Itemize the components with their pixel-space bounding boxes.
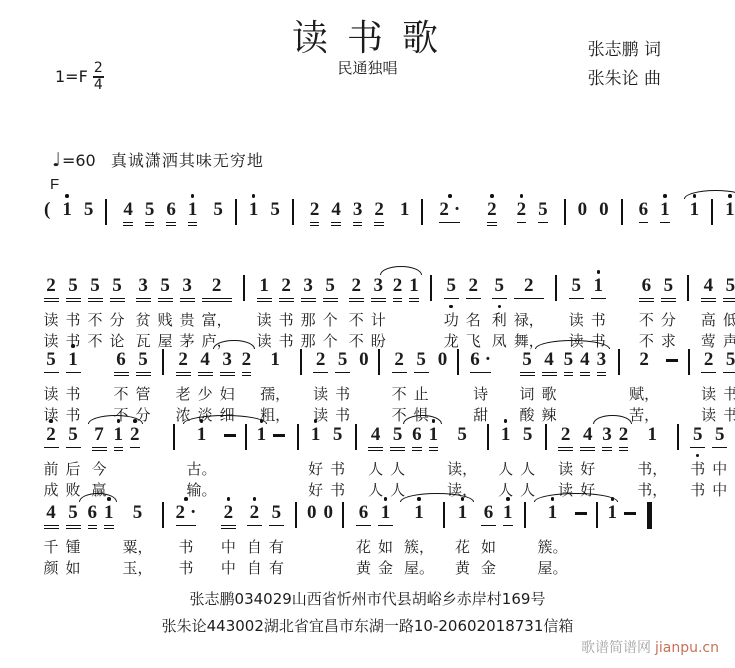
note: 5粟，玉， — [120, 495, 155, 579]
note-group: 2自自5有有 — [243, 495, 287, 579]
note: 1 — [407, 268, 422, 352]
note-digit: 4 — [331, 200, 341, 220]
barline — [443, 502, 445, 528]
lyric-verse1: 千 — [44, 537, 59, 558]
note: 1 — [254, 417, 269, 501]
note: 1书书 — [588, 268, 608, 352]
note: 3妇细 — [217, 342, 237, 426]
beam-underline — [701, 298, 716, 300]
lyric-verse1: 书 — [723, 384, 735, 405]
beam-underline — [487, 222, 497, 224]
note-digit: 1 — [725, 200, 735, 220]
note-digit: 1 — [257, 276, 272, 296]
lyric-verse1: 粟， — [123, 537, 153, 558]
note-digit: 5 — [330, 425, 345, 445]
lyric-verse1: 古。 — [187, 459, 217, 480]
lyric-verse1 — [575, 537, 587, 558]
lyric-verse1: 不 — [392, 384, 407, 405]
lyric-verse2: 中 — [712, 480, 727, 501]
lyric-verse1 — [597, 384, 607, 405]
note-digit: 2 — [466, 276, 481, 296]
note-group: 2432 — [304, 192, 390, 234]
lyric-verse1 — [88, 537, 98, 558]
note: 2书书 — [276, 268, 296, 352]
beam-underline — [503, 525, 513, 527]
lyric-verse2: 黄 — [455, 558, 470, 579]
barline — [677, 424, 679, 450]
beam-underline — [188, 222, 198, 224]
note-digit: 1 — [538, 503, 568, 523]
note-digit: 5 — [390, 425, 405, 445]
note-digit: 1 — [188, 200, 198, 220]
note: 1 — [183, 192, 203, 234]
note: 3计盼 — [368, 268, 388, 352]
lyric-verse1: 人 — [520, 459, 535, 480]
note-digit — [224, 425, 236, 445]
lyric-verse1 — [412, 459, 422, 480]
lyric-verse1 — [114, 459, 124, 480]
note-digit: 2· — [439, 200, 460, 220]
lyric-verse1: 不 — [88, 310, 103, 331]
beam-underline — [331, 222, 341, 224]
beam-underline — [602, 447, 612, 449]
beam-underline — [492, 298, 507, 300]
note: 4歌辣 — [539, 342, 559, 426]
lyric-verse1: 后 — [66, 459, 81, 480]
note: 2自自 — [244, 495, 264, 579]
beam-underline — [136, 298, 151, 300]
note: 5人人 — [388, 417, 408, 501]
beam-underline — [444, 298, 459, 300]
notation-line-4: 2前成5后败7今赢121古。输。11好好5书书4人人5人人615读，读，1人人5… — [38, 417, 735, 501]
barline — [105, 199, 107, 225]
lyric-verse1: 读 — [44, 310, 59, 331]
lyric-verse1: 歌 — [542, 384, 557, 405]
barline — [430, 275, 432, 301]
lyric-verse1: 书 — [335, 384, 350, 405]
note-digit: 5 — [447, 425, 477, 445]
note-digit: 5 — [323, 276, 338, 296]
beam-underline — [104, 525, 114, 527]
note: 4人人 — [366, 417, 386, 501]
beam-underline — [136, 372, 151, 374]
beam-underline — [564, 372, 574, 374]
beam-underline — [723, 372, 735, 374]
note: 6不不 — [636, 268, 656, 352]
note: 1书书 — [63, 342, 83, 426]
beam-underline — [145, 222, 155, 224]
barline — [687, 275, 689, 301]
note-group: 2读读4好好32 — [555, 417, 632, 501]
beam-underline — [690, 447, 705, 449]
lyric-verse2: 屋。 — [538, 558, 568, 579]
note: 5 — [208, 192, 228, 234]
barline — [618, 349, 620, 375]
note: 3贫瓦 — [133, 268, 153, 352]
beam-underline — [517, 222, 527, 224]
lyric-verse1: 读 — [313, 384, 328, 405]
barline — [596, 502, 598, 528]
note-digit: 3 — [597, 350, 607, 370]
note-digit: 4 — [44, 503, 59, 523]
note: 5不不 — [85, 268, 105, 352]
note-group: 4561 — [117, 192, 203, 234]
note-digit: 5 — [414, 350, 429, 370]
note-digit: 3 — [180, 276, 195, 296]
lyric-verse1: 贱 — [158, 310, 173, 331]
lyric-verse1 — [580, 384, 590, 405]
beam-underline — [92, 447, 107, 449]
note-group: 11 — [684, 192, 735, 234]
lyric-verse1: 贵 — [180, 310, 195, 331]
note-digit: 2 — [619, 425, 629, 445]
note-digit: 2 — [44, 276, 59, 296]
lyric-verse1: 书 — [176, 537, 197, 558]
note-digit: 1 — [104, 503, 114, 523]
note-digit: 1 — [308, 425, 323, 445]
note-digit: 5 — [564, 350, 574, 370]
lyric-verse2: 屋。 — [404, 558, 434, 579]
octave-dot — [65, 194, 69, 198]
beam-underline — [723, 298, 735, 300]
lyric-verse1 — [273, 459, 285, 480]
barline — [300, 349, 302, 375]
octave-dot — [449, 305, 453, 309]
note: 3 — [594, 342, 609, 426]
lyric-verse1 — [608, 537, 618, 558]
beam-underline — [220, 372, 235, 374]
beam-underline — [114, 447, 124, 449]
note-digit: 1 — [404, 503, 434, 523]
beam-underline — [374, 222, 384, 224]
octave-dot — [597, 270, 601, 274]
lyric-verse1 — [409, 310, 419, 331]
lyric-verse1: 妇 — [220, 384, 235, 405]
note-group: 25 — [511, 192, 554, 234]
lyric-verse1: 如 — [481, 537, 496, 558]
beam-underline — [580, 372, 590, 374]
note-group: 6不不5分求 — [635, 268, 679, 352]
lyric-verse1: 利 — [492, 310, 507, 331]
beam-underline — [44, 298, 59, 300]
lyric-verse1: 不 — [639, 310, 654, 331]
note: 6花黄 — [353, 495, 373, 579]
octave-dot — [384, 497, 388, 501]
note-digit: ( — [44, 200, 50, 220]
note: 2·书书 — [173, 495, 216, 579]
note-digit: 1 — [187, 425, 217, 445]
note-digit: 2 — [517, 200, 527, 220]
lyric-verse1: 有 — [269, 537, 284, 558]
beam-underline — [439, 222, 460, 224]
note-digit: 5 — [84, 200, 94, 220]
note-digit: 2 — [202, 276, 232, 296]
beam-underline — [176, 372, 191, 374]
note-digit: 5 — [538, 200, 548, 220]
rest-note: 0 — [573, 192, 593, 234]
beam-underline — [242, 372, 252, 374]
beam-underline — [660, 222, 670, 224]
note-digit: 3 — [220, 350, 235, 370]
lyric-verse1 — [624, 537, 636, 558]
lyric-verse1: 簇。 — [538, 537, 568, 558]
notation-area: F(154561515243212·225006111)2读读5书书5不不5分论… — [0, 0, 735, 668]
beam-underline — [661, 298, 676, 300]
octave-dot — [227, 497, 231, 501]
note: 2名飞 — [463, 268, 483, 352]
note-digit: 2 — [629, 350, 659, 370]
lyric-verse1: 词 — [520, 384, 535, 405]
beam-underline — [114, 372, 129, 374]
note: 5中中 — [710, 417, 730, 501]
note-digit: 1 — [455, 503, 470, 523]
note-digit: 5 — [88, 276, 103, 296]
note: 2 — [128, 417, 143, 501]
beam-underline — [66, 372, 81, 374]
beam-underline — [166, 222, 176, 224]
octave-dot — [252, 194, 256, 198]
note: 5 — [265, 192, 285, 234]
note: 2禄，舞， — [511, 268, 546, 352]
lyric-verse1: 名 — [466, 310, 481, 331]
lyric-verse1: 书 — [279, 310, 294, 331]
note-digit: 2 — [310, 200, 320, 220]
note: 4 — [326, 192, 346, 234]
phrase-paren: ( — [39, 192, 55, 234]
note: 1 — [605, 495, 620, 579]
note: 5 — [79, 192, 99, 234]
note: 5词酸 — [517, 342, 537, 426]
beam-underline — [301, 298, 316, 300]
note-group: 6·诗甜 — [467, 342, 512, 426]
lyric-verse1: 不 — [114, 384, 129, 405]
beam-underline — [310, 222, 320, 224]
octave-dot — [71, 344, 75, 348]
note: 1 — [501, 495, 516, 579]
note: 5书书 — [333, 342, 353, 426]
lyric-verse1: 计 — [371, 310, 386, 331]
note: 1古。输。 — [184, 417, 219, 501]
beam-underline — [538, 222, 548, 224]
note-digit — [575, 503, 587, 523]
note: 5书书 — [688, 417, 708, 501]
octave-dot — [314, 419, 318, 423]
lyric-verse1: 簇， — [404, 537, 434, 558]
beam-underline — [392, 372, 407, 374]
lyric-verse1: 书 — [591, 310, 606, 331]
note-digit: 4 — [580, 425, 595, 445]
note-digit: 4 — [580, 350, 590, 370]
note: 1 — [426, 417, 441, 501]
beam-underline — [639, 298, 654, 300]
note: 7今赢 — [89, 417, 109, 501]
note: 5后败 — [63, 417, 83, 501]
beam-underline — [66, 525, 81, 527]
beam-underline — [701, 372, 716, 374]
note-digit: 5 — [520, 350, 535, 370]
note-digit: 1 — [378, 503, 393, 523]
notation-line-5: 4千颜5锺如615粟，玉，2·书书2中中2自自5有有006花黄1如金1簇，屋。1… — [38, 495, 657, 579]
note-digit: 5 — [520, 425, 535, 445]
watermark-site-name: 歌谱简谱网 — [581, 640, 651, 656]
lyric-verse1: 花 — [455, 537, 470, 558]
barline — [711, 199, 713, 225]
note: 1簇。屋。 — [535, 495, 570, 579]
note-digit: 1 — [66, 350, 81, 370]
note-digit: 5 — [158, 276, 173, 296]
note: 2 — [369, 192, 389, 234]
note-digit: 3 — [136, 276, 151, 296]
octave-dot — [191, 194, 195, 198]
note-digit: 2 — [392, 350, 407, 370]
lyric-verse1: 个 — [323, 310, 338, 331]
note: 5 — [533, 192, 553, 234]
lyric-verse1: 读， — [447, 459, 477, 480]
lyric-verse2: 自 — [247, 558, 262, 579]
lyric-verse1: 高 — [701, 310, 716, 331]
note-digit: 2 — [487, 200, 497, 220]
lyric-verse1: 读 — [558, 459, 573, 480]
note-digit: 6 — [412, 425, 422, 445]
note-digit: 5 — [444, 276, 459, 296]
beam-underline — [414, 372, 429, 374]
lyric-verse1: 老 — [176, 384, 191, 405]
lyric-verse1: 书 — [690, 459, 705, 480]
note-group: 5书书5中中 — [687, 417, 731, 501]
note-digit: 2 — [221, 503, 236, 523]
beam-underline — [279, 298, 294, 300]
note: 5读，读， — [445, 417, 480, 501]
beam-underline — [558, 447, 573, 449]
sheet-music-page: 读 书 歌 民通独唱 张志鹏 词 张朱论 曲 1=F 2 4 ♩=60 真诚潇洒… — [0, 0, 735, 668]
lyric-verse1: 赋， — [629, 384, 659, 405]
lyric-verse1: 孺， — [260, 384, 290, 405]
note: 5低声 — [720, 268, 735, 352]
note-digit: 1 — [400, 200, 410, 220]
note-group: 2不不5止惧 — [388, 342, 432, 426]
note-digit: 2 — [393, 276, 403, 296]
note-digit: 1 — [608, 503, 618, 523]
note-digit: 5 — [123, 503, 153, 523]
lyric-verse1: 锺 — [66, 537, 81, 558]
lyric-verse1 — [307, 537, 317, 558]
lyric-verse1: 花 — [356, 537, 371, 558]
notation-line-1: F(154561515243212·225006111) — [38, 192, 735, 234]
octave-dot — [520, 194, 524, 198]
lyric-verse2: 金 — [481, 558, 496, 579]
beam-underline — [323, 298, 338, 300]
lyric-verse1: 贫 — [136, 310, 151, 331]
lyric-verse1: 诗 — [470, 384, 491, 405]
barline — [545, 424, 547, 450]
lyricist-address: 张志鹏034029山西省忻州市代县胡峪乡赤岸村169号 — [0, 586, 735, 613]
note: 4高莺 — [698, 268, 718, 352]
octave-dot — [696, 454, 700, 458]
note-digit: 0 — [438, 350, 448, 370]
note: 6 — [634, 192, 654, 234]
note-group: 4千颜5锺如61 — [40, 495, 117, 579]
note-digit: 5 — [723, 276, 735, 296]
note-group: 6不不5管分 — [110, 342, 154, 426]
beam-underline — [44, 525, 59, 527]
note: 1 — [111, 417, 126, 501]
lyric-verse1: 禄， — [514, 310, 544, 331]
note-digit: 1 — [591, 276, 606, 296]
lyric-verse1: 书， — [637, 459, 667, 480]
note-group: 2不不3计盼21 — [345, 268, 422, 352]
barline — [245, 424, 247, 450]
note: 3那那 — [298, 268, 318, 352]
beam-underline — [88, 298, 103, 300]
lyric-verse1 — [429, 459, 439, 480]
note-group: 2读读5书书 — [310, 342, 354, 426]
note-digit: 1 — [257, 425, 267, 445]
note-group: 6如金1 — [478, 495, 517, 579]
note: 1孺，粗， — [258, 342, 293, 426]
note: 6如金 — [479, 495, 499, 579]
note: 1 — [244, 192, 264, 234]
note: 5功龙 — [441, 268, 461, 352]
note: 2 — [239, 342, 254, 426]
lyric-verse2 — [104, 558, 114, 579]
note-digit: 2 — [514, 276, 544, 296]
note-group: 2·2 — [433, 192, 502, 234]
note: 1好好 — [306, 417, 326, 501]
beam-underline — [176, 525, 197, 527]
lyric-verse1: 前 — [44, 459, 59, 480]
duration-dash — [221, 417, 238, 501]
barline — [162, 502, 164, 528]
lyric-verse1: 读 — [569, 310, 584, 331]
note-digit — [666, 350, 678, 370]
lyric-verse1: 书 — [66, 384, 81, 405]
note: 6·诗甜 — [468, 342, 511, 426]
note-digit: 3 — [301, 276, 316, 296]
lyric-verse1: 富， — [202, 310, 232, 331]
note-digit: 6 — [481, 503, 496, 523]
note-digit: 1 — [429, 425, 439, 445]
beam-underline — [44, 372, 59, 374]
note-group: 2·书书2中中 — [172, 495, 239, 579]
note-digit: 2 — [247, 503, 262, 523]
note: 1 — [655, 192, 675, 234]
note-group: 1古。输。1 — [183, 417, 289, 501]
note-digit: 5 — [569, 276, 584, 296]
barline — [378, 349, 380, 375]
note: 5个个 — [320, 268, 340, 352]
note: 2不不 — [346, 268, 366, 352]
lyric-verse1: 止 — [414, 384, 429, 405]
note-digit: 2· — [176, 503, 197, 523]
beam-underline — [639, 222, 649, 224]
note-group: 2读读5书书5不不5分论 — [40, 268, 128, 352]
note-digit: 0 — [307, 503, 317, 523]
beam-underline — [368, 447, 383, 449]
note-digit: 3 — [371, 276, 386, 296]
note-digit: 1 — [690, 200, 700, 220]
note-group: 7今赢12 — [88, 417, 143, 501]
beam-underline — [514, 298, 544, 300]
note-digit: 6 — [356, 503, 371, 523]
note: 5有有 — [266, 495, 286, 579]
note: 1簇，屋。 — [401, 495, 436, 579]
duration-dash — [271, 417, 288, 501]
note-digit: 5 — [44, 350, 59, 370]
note-digit: 1 — [637, 425, 667, 445]
note-digit: 3 — [602, 425, 612, 445]
note-digit: 5 — [66, 503, 81, 523]
lyric-verse2 — [503, 558, 513, 579]
